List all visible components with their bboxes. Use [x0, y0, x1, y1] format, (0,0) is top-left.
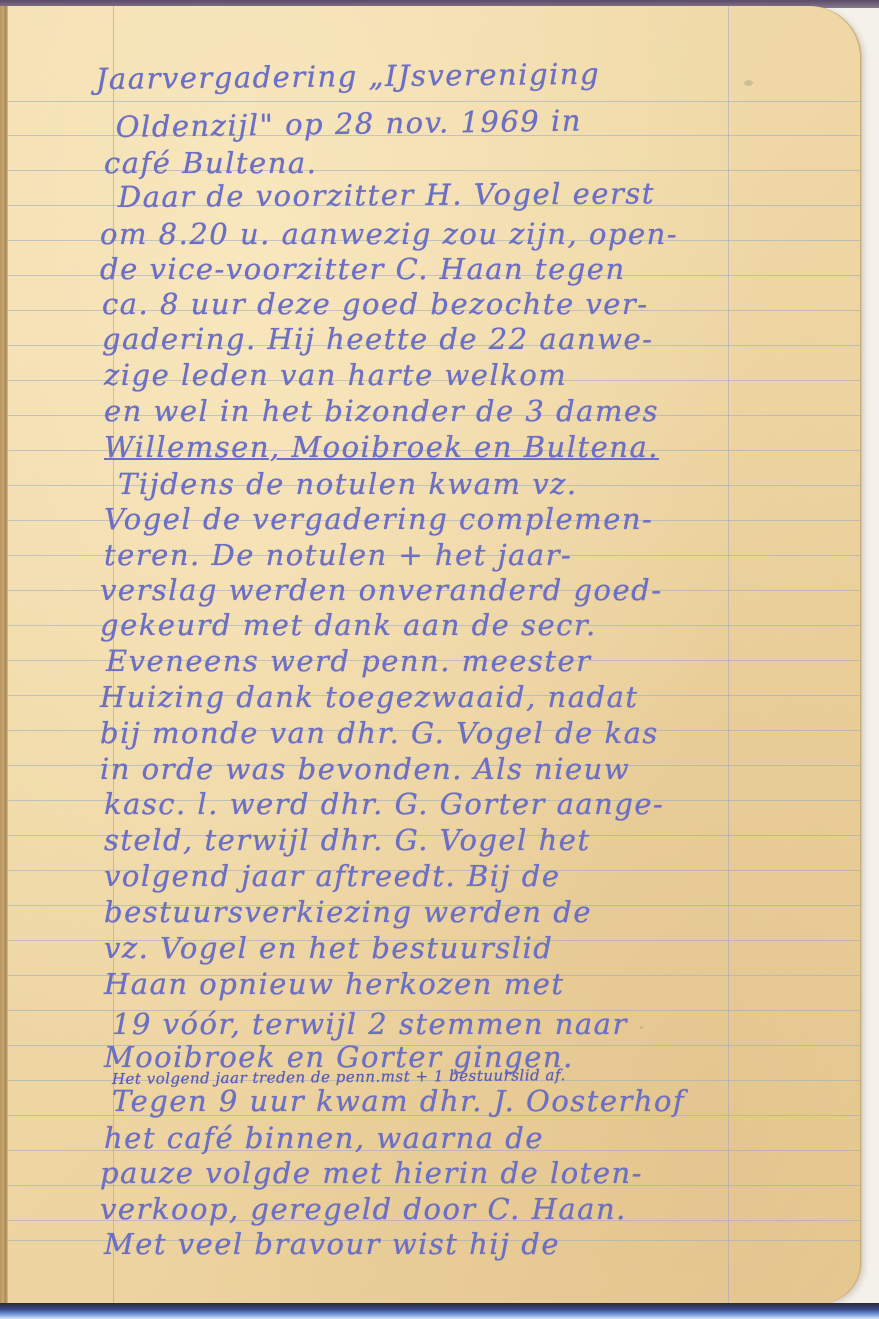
- handwritten-line: Eveneens werd penn. meester: [106, 644, 592, 678]
- handwritten-line: het café binnen, waarna de: [104, 1121, 544, 1155]
- handwritten-line: om 8.20 u. aanwezig zou zijn, open-: [100, 217, 678, 251]
- handwritten-line: bij monde van dhr. G. Vogel de kas: [100, 716, 659, 750]
- handwritten-line: ca. 8 uur deze goed bezochte ver-: [102, 287, 649, 321]
- handwritten-line: volgend jaar aftreedt. Bij de: [104, 859, 561, 893]
- handwritten-line: gadering. Hij heette de 22 aanwe-: [102, 322, 653, 356]
- handwritten-line: café Bultena.: [104, 146, 317, 180]
- handwritten-line: verslag werden onveranderd goed-: [100, 573, 663, 607]
- handwritten-line: Tijdens de notulen kwam vz.: [118, 467, 578, 501]
- handwritten-line: Willemsen, Mooibroek en Bultena.: [104, 430, 659, 464]
- handwritten-line: zige leden van harte welkom: [104, 358, 567, 392]
- handwritten-line: in orde was bevonden. Als nieuw: [100, 752, 630, 786]
- handwritten-line: Huizing dank toegezwaaid, nadat: [100, 680, 639, 714]
- handwritten-line: steld, terwijl dhr. G. Vogel het: [104, 823, 591, 857]
- handwritten-line: Haan opnieuw herkozen met: [104, 967, 565, 1001]
- handwritten-line: bestuursverkiezing werden de: [104, 895, 592, 929]
- handwritten-line: Vogel de vergadering complemen-: [104, 502, 653, 536]
- handwritten-line: Daar de voorzitter H. Vogel eerst: [118, 176, 655, 214]
- handwritten-line: Jaarvergadering „IJsvereniging: [96, 57, 601, 96]
- handwritten-line: kasc. l. werd dhr. G. Gorter aange-: [104, 787, 664, 821]
- handwritten-line: vz. Vogel en het bestuurslid: [104, 931, 553, 965]
- handwritten-line: Tegen 9 uur kwam dhr. J. Oosterhof: [112, 1084, 685, 1118]
- handwritten-line: gekeurd met dank aan de secr.: [100, 608, 597, 642]
- scan-bottom-edge: [0, 1303, 879, 1319]
- handwritten-line: en wel in het bizonder de 3 dames: [104, 394, 659, 428]
- handwritten-text: Jaarvergadering „IJsvereniging Oldenzijl…: [0, 6, 860, 1304]
- handwritten-line: pauze volgde met hierin de loten-: [100, 1156, 643, 1190]
- handwritten-line: verkoop, geregeld door C. Haan.: [100, 1192, 627, 1226]
- handwritten-line: Oldenzijl" op 28 nov. 1969 in: [116, 103, 583, 144]
- notebook-page: Jaarvergadering „IJsvereniging Oldenzijl…: [0, 6, 860, 1304]
- handwritten-line: de vice-voorzitter C. Haan tegen: [100, 252, 626, 286]
- handwritten-line: 19 vóór, terwijl 2 stemmen naar: [112, 1007, 628, 1041]
- handwritten-line: teren. De notulen + het jaar-: [104, 538, 572, 572]
- handwritten-line: Met veel bravour wist hij de: [104, 1227, 560, 1261]
